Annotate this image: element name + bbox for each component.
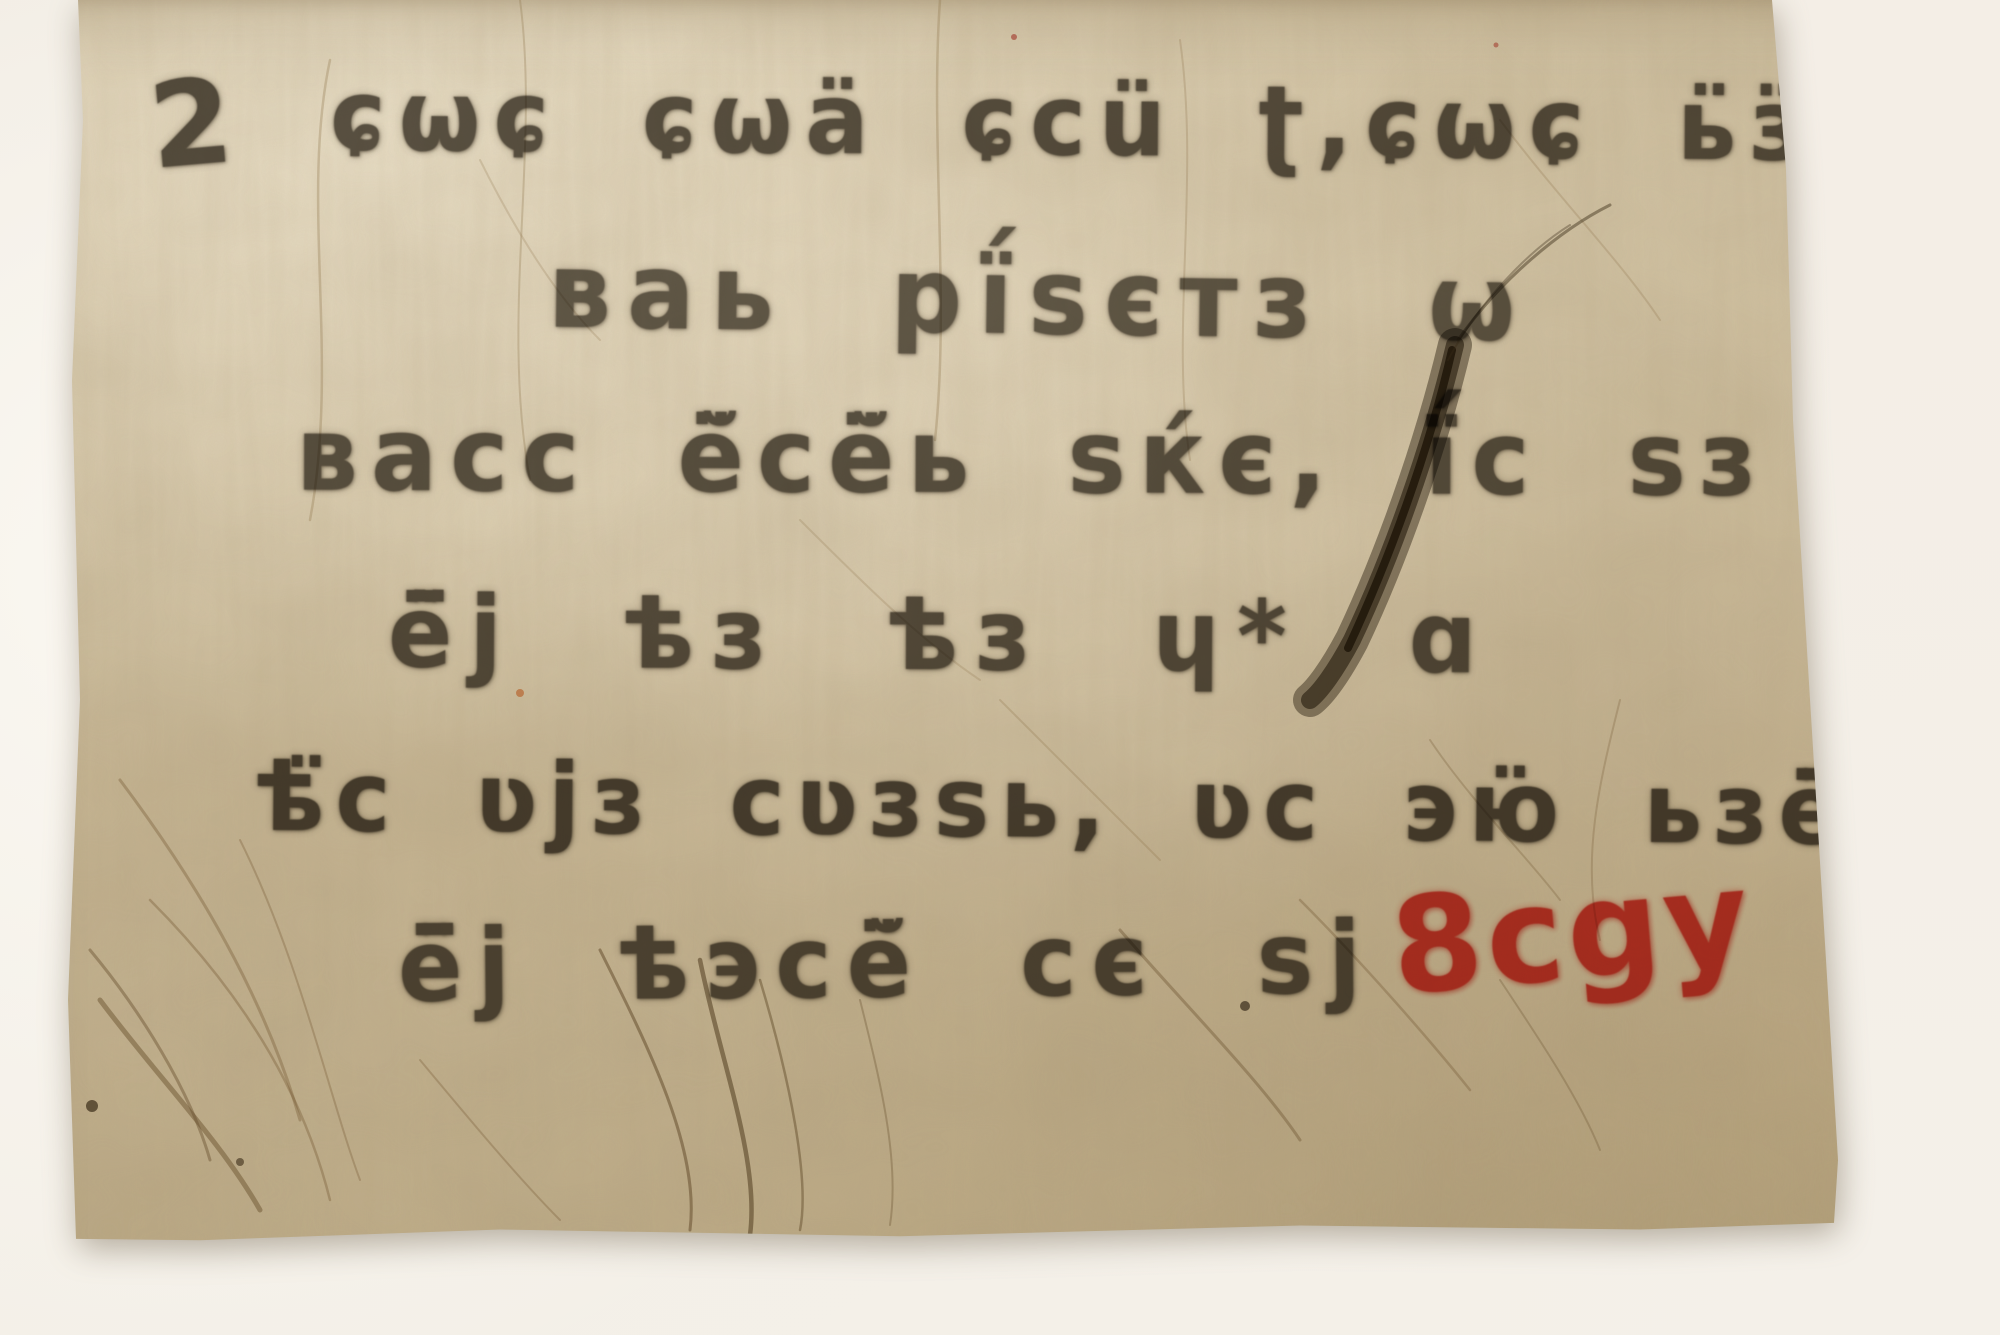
manuscript-line: ваcc ё̆cё̆ь ѕќє, ї́c ѕз ѕӟ ӟӧ — [296, 395, 2000, 521]
manuscript-line: ваь рї́ѕєтз ω — [547, 229, 1532, 366]
manuscript-line: ё̈j ѣэcё̆ cє ѕj — [397, 901, 1376, 1025]
red-accession-mark: 8cgy — [1385, 839, 1758, 1025]
paper-sheet: 2 ɕωɕ ɕωä ɕcü ʈ,ɕωɕ ь̈ӟʒ̈ ɕcüì ваь рї́ѕє… — [0, 0, 2000, 1335]
manuscript-line: ё̈j ѣз ѣз ɥ* ɑ — [388, 576, 1494, 696]
handwriting-layer: 2 ɕωɕ ɕωä ɕcü ʈ,ɕωɕ ь̈ӟʒ̈ ɕcüì ваь рї́ѕє… — [0, 0, 2000, 1335]
photo-background: 2 ɕωɕ ɕωä ɕcü ʈ,ɕωɕ ь̈ӟʒ̈ ɕcüì ваь рї́ѕє… — [0, 0, 2000, 1335]
manuscript-line: ɕωɕ ɕωä ɕcü ʈ,ɕωɕ ь̈ӟʒ̈ ɕcüì — [330, 60, 2000, 187]
manuscript-leaf: 2 ɕωɕ ɕωä ɕcü ʈ,ɕωɕ ь̈ӟʒ̈ ɕcüì ваь рї́ѕє… — [0, 0, 2000, 1335]
folio-number: 2 — [144, 51, 238, 196]
